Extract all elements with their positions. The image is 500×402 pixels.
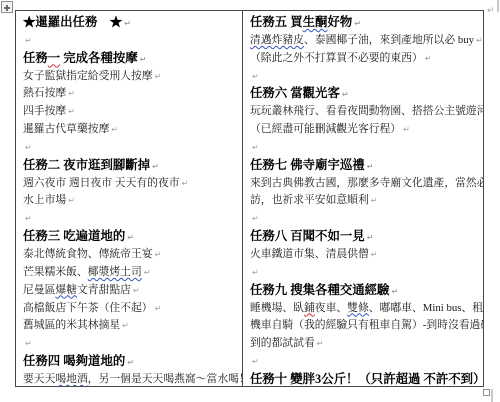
text-run: 要天天 bbox=[23, 373, 55, 385]
paragraph-mark: ↵ bbox=[371, 250, 378, 259]
task-heading-line: 任務十 變胖3公斤！（只許超過 不許不到）↵ bbox=[250, 371, 477, 386]
text-line: 芒果糯米飯、椰漿烤土司↵ bbox=[23, 264, 236, 282]
text-line: ↵ bbox=[250, 68, 477, 86]
text-line: 泰北傳統食物、傳統帝王宴↵ bbox=[23, 246, 236, 264]
text-line: ↵ bbox=[23, 32, 236, 50]
text-line: 高檔飯店下午茶（住不起）↵ bbox=[23, 300, 236, 318]
paragraph-mark: ↵ bbox=[354, 19, 361, 28]
spellcheck-flagged-text: 清邁炸豬皮 bbox=[250, 34, 304, 46]
paragraph-mark: ↵ bbox=[144, 268, 151, 277]
text-run: 任務六 當觀光客 bbox=[250, 86, 340, 100]
task-heading-line: 任務二 夜市逛到腳斷掉↵ bbox=[23, 157, 236, 175]
spellcheck-flagged-text: 雙條 bbox=[347, 302, 369, 314]
left-column[interactable]: ★暹羅出任務 ★↵↵任務一 完成各種按摩↵女子監獄指定給受刑人按摩↵熱石按摩↵四… bbox=[16, 11, 243, 386]
text-run: 任務三 吃遍道地的 bbox=[23, 229, 125, 243]
text-line: ↵ bbox=[250, 353, 477, 371]
text-run: 到的都試試看 bbox=[250, 337, 315, 349]
text-run: 尼曼區 bbox=[23, 284, 55, 296]
text-run: 暹羅古代草藥按摩 bbox=[23, 123, 109, 135]
paragraph-mark: ↵ bbox=[252, 357, 259, 366]
text-run: 四手按摩 bbox=[23, 105, 66, 117]
task-heading-line: ★暹羅出任務 ★↵ bbox=[23, 14, 236, 32]
paragraph-mark: ↵ bbox=[155, 72, 162, 81]
right-column[interactable]: 任務五 買生酮好物↵清邁炸豬皮、泰國椰子油，來到產地所以必 buy↵（除此之外不… bbox=[243, 11, 483, 386]
page-edge-artifact bbox=[491, 389, 493, 402]
task-heading-line: 任務八 百聞不如一見↵ bbox=[250, 228, 477, 246]
text-run: ，另一個是天天喝燕窩～當水喝！ bbox=[88, 373, 243, 385]
text-run: 高檔飯店下午茶（住不起） bbox=[23, 302, 153, 314]
text-run: （已經盡可能刪減觀光客行程） bbox=[250, 123, 401, 135]
text-run: 機車自騎（我的經驗只有租車自駕）-到時沒看過碰 bbox=[250, 319, 483, 331]
paragraph-mark: ↵ bbox=[25, 143, 32, 152]
paragraph-mark: ↵ bbox=[127, 233, 134, 242]
text-run: 泰北傳統食物、傳統帝王宴 bbox=[23, 248, 153, 260]
text-run: 、嘟嘟車、Mini bus、租 bbox=[369, 302, 483, 314]
text-line: 火車鐵道市集、清晨供僧↵ bbox=[250, 246, 477, 264]
table-resize-handle[interactable] bbox=[483, 389, 490, 396]
text-run: 熱石按摩 bbox=[23, 87, 66, 99]
paragraph-mark: ↵ bbox=[111, 125, 118, 134]
text-run: 訪，也祈求平安如意順利 bbox=[250, 194, 369, 206]
text-line: 週六夜市 週日夜市 天天有的夜市↵ bbox=[23, 175, 236, 193]
text-line: 清邁炸豬皮、泰國椰子油，來到產地所以必 buy↵ bbox=[250, 32, 477, 50]
paragraph-mark: ↵ bbox=[403, 125, 410, 134]
text-run: 玩玩叢林飛行、看看夜間動物園、搭搭公主號遊河 bbox=[250, 105, 483, 117]
paragraph-mark: ↵ bbox=[342, 90, 349, 99]
text-run: 任務四 喝夠道地的 bbox=[23, 354, 125, 368]
text-line: 來到古典佛教古國，那麼多寺廟文化遺產，當然必↵ bbox=[250, 175, 477, 193]
text-run: 週六夜市 週日夜市 天天有的夜市 bbox=[23, 177, 180, 189]
paragraph-mark: ↵ bbox=[252, 143, 259, 152]
text-run: （除此之外不打算買不必要的東西） bbox=[250, 52, 423, 64]
task-heading-line: 任務九 搜集各種交通經驗↵ bbox=[250, 282, 477, 300]
text-line: 訪，也祈求平安如意順利↵ bbox=[250, 192, 477, 210]
paragraph-mark: ↵ bbox=[476, 36, 483, 45]
paragraph-mark: ↵ bbox=[252, 214, 259, 223]
paragraph-mark: ↵ bbox=[140, 55, 147, 64]
paragraph-mark: ↵ bbox=[317, 339, 324, 348]
text-line: ↵ bbox=[23, 210, 236, 228]
text-line: 四手按摩↵ bbox=[23, 103, 236, 121]
paragraph-mark: ↵ bbox=[367, 162, 374, 171]
text-line: 舊城區的米其林摘星↵ bbox=[23, 317, 236, 335]
text-run: 任務五 買 bbox=[250, 15, 303, 29]
text-line: 尼曼區爆糖文青甜點店↵ bbox=[23, 282, 236, 300]
paragraph-mark: ↵ bbox=[124, 19, 131, 28]
paragraph-mark: ↵ bbox=[127, 358, 134, 367]
paragraph-mark: ↵ bbox=[25, 339, 32, 348]
spellcheck-flagged-text: 喝地酒 bbox=[55, 373, 87, 385]
text-line: 水上市場↵ bbox=[23, 192, 236, 210]
task-table: ★暹羅出任務 ★↵↵任務一 完成各種按摩↵女子監獄指定給受刑人按摩↵熱石按摩↵四… bbox=[15, 10, 484, 387]
paragraph-mark: ↵ bbox=[122, 321, 129, 330]
spellcheck-flagged-text: 鋪 bbox=[304, 302, 315, 314]
spellcheck-flagged-text: 生酮 bbox=[303, 15, 328, 29]
task-heading-line: 任務一 完成各種按摩↵ bbox=[23, 50, 236, 68]
paragraph-mark: ↵ bbox=[25, 214, 32, 223]
text-run: ★暹羅出任務 ★ bbox=[23, 15, 122, 29]
text-line: 機車自騎（我的經驗只有租車自駕）-到時沒看過碰↵ bbox=[250, 317, 477, 335]
task-heading-line: 任務七 佛寺廟宇巡禮↵ bbox=[250, 157, 477, 175]
text-line: （已經盡可能刪減觀光客行程）↵ bbox=[250, 121, 477, 139]
paragraph-mark: ↵ bbox=[25, 36, 32, 45]
text-run: 舊城區的米其林摘星 bbox=[23, 319, 120, 331]
text-run: 任務九 搜集各種交通經驗 bbox=[250, 283, 389, 297]
text-run: 、泰國椰子油，來到產地所以必 buy bbox=[304, 34, 474, 46]
table-move-handle-icon[interactable] bbox=[1, 1, 13, 13]
task-heading-line: 任務三 吃遍道地的↵ bbox=[23, 228, 236, 246]
text-line: ↵ bbox=[250, 264, 477, 282]
text-run: 夜車、 bbox=[315, 302, 347, 314]
spellcheck-flagged-text: 爆糖 bbox=[55, 284, 77, 296]
text-run: 來到古典佛教古國，那麼多寺廟文化遺產，當然必 bbox=[250, 177, 483, 189]
text-run: 女子監獄指定給受刑人按摩 bbox=[23, 70, 153, 82]
text-line: 要天天喝地酒，另一個是天天喝燕窩～當水喝！↵ bbox=[23, 371, 236, 386]
text-run: 水上市場 bbox=[23, 194, 66, 206]
page-edge-artifact bbox=[497, 0, 499, 12]
paragraph-mark: ↵ bbox=[68, 196, 75, 205]
paragraph-mark: ↵ bbox=[391, 287, 398, 296]
text-line: 到的都試試看↵ bbox=[250, 335, 477, 353]
document-page: ★暹羅出任務 ★↵↵任務一 完成各種按摩↵女子監獄指定給受刑人按摩↵熱石按摩↵四… bbox=[0, 0, 500, 402]
text-run: 任務 bbox=[23, 51, 48, 65]
text-line: 暹羅古代草藥按摩↵ bbox=[23, 121, 236, 139]
text-run: 好物 bbox=[327, 15, 352, 29]
text-run: 任務七 佛寺廟宇巡禮 bbox=[250, 158, 365, 172]
text-line: ↵ bbox=[23, 139, 236, 157]
text-run: 文青甜點店 bbox=[77, 284, 131, 296]
plus-icon bbox=[6, 5, 8, 11]
paragraph-mark: ↵ bbox=[371, 196, 378, 205]
task-heading-line: 任務五 買生酮好物↵ bbox=[250, 14, 477, 32]
task-heading-line: 任務六 當觀光客↵ bbox=[250, 85, 477, 103]
paragraph-mark: ↵ bbox=[133, 286, 140, 295]
text-run: 任務八 百聞不如一見 bbox=[250, 229, 365, 243]
paragraph-mark: ↵ bbox=[155, 250, 162, 259]
paragraph-mark: ↵ bbox=[252, 268, 259, 277]
task-heading-line: 任務四 喝夠道地的↵ bbox=[23, 353, 236, 371]
paragraph-mark: ↵ bbox=[487, 6, 495, 16]
paragraph-mark: ↵ bbox=[182, 179, 189, 188]
text-line: ↵ bbox=[250, 139, 477, 157]
paragraph-mark: ↵ bbox=[367, 233, 374, 242]
text-line: （除此之外不打算買不必要的東西）↵ bbox=[250, 50, 477, 68]
paragraph-mark: ↵ bbox=[68, 89, 75, 98]
text-run: 任務二 夜市逛到腳斷掉 bbox=[23, 158, 150, 172]
paragraph-mark: ↵ bbox=[425, 54, 432, 63]
text-line: 睡機場、臥鋪夜車、雙條、嘟嘟車、Mini bus、租↵ bbox=[250, 300, 477, 318]
text-run: 火車鐵道市集、清晨供僧 bbox=[250, 248, 369, 260]
paragraph-mark: ↵ bbox=[155, 304, 162, 313]
text-run: 芒果糯米飯、 bbox=[23, 266, 88, 278]
text-run: 睡機場、臥 bbox=[250, 302, 304, 314]
text-run: 完成各種按摩 bbox=[60, 51, 137, 65]
text-line: ↵ bbox=[23, 335, 236, 353]
paragraph-mark: ↵ bbox=[68, 107, 75, 116]
paragraph-mark: ↵ bbox=[252, 72, 259, 81]
text-line: 女子監獄指定給受刑人按摩↵ bbox=[23, 68, 236, 86]
text-run: 任務十 變胖3公斤！（只許超過 不許不到） bbox=[250, 372, 483, 386]
paragraph-mark: ↵ bbox=[152, 162, 159, 171]
spellcheck-flagged-text: 椰漿烤土司 bbox=[88, 266, 142, 278]
text-line: ↵ bbox=[250, 210, 477, 228]
spellcheck-flagged-text: 一 bbox=[48, 51, 60, 65]
text-line: 熱石按摩↵ bbox=[23, 85, 236, 103]
text-line: 玩玩叢林飛行、看看夜間動物園、搭搭公主號遊河↵ bbox=[250, 103, 477, 121]
